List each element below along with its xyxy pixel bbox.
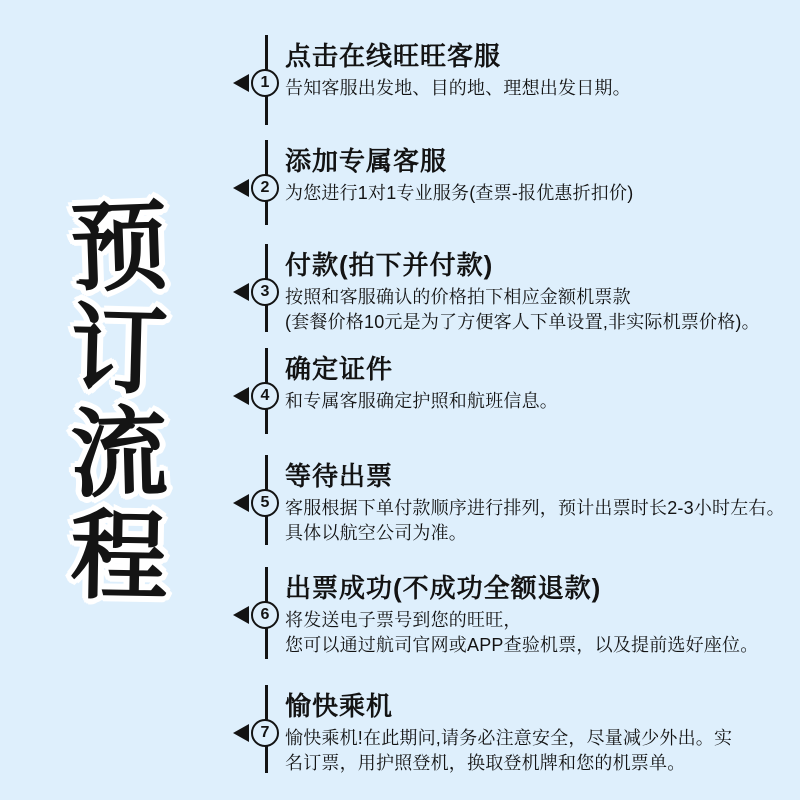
step-description-line: (套餐价格10元是为了方便客人下单设置,非实际机票价格)。 [285,310,800,335]
triangle-left-icon [233,387,249,405]
step-description-line: 客服根据下单付款顺序进行排列，预计出票时长2-3小时左右。 [285,496,800,521]
step-title: 添加专属客服 [285,144,800,178]
triangle-left-icon [233,724,249,742]
vertical-title-char: 预 [53,194,185,301]
step-description-line: 您可以通过航司官网或APP查验机票，以及提前选好座位。 [285,633,800,658]
triangle-left-icon [233,606,249,624]
step-description-line: 告知客服出发地、目的地、理想出发日期。 [285,76,800,101]
step-marker: 1 [233,69,279,97]
step-title: 确定证件 [285,352,800,386]
step-description-line: 具体以航空公司为准。 [285,521,800,546]
step-description-line: 和专属客服确定护照和航班信息。 [285,389,800,414]
vertical-title-char: 流 [54,400,185,506]
triangle-left-icon [233,179,249,197]
step-marker: 5 [233,489,279,517]
triangle-left-icon [233,494,249,512]
process-timeline: 点击在线旺旺客服 1 告知客服出发地、目的地、理想出发日期。 添加专属客服 2 … [232,0,800,800]
step-number-badge: 1 [251,69,279,97]
step-title: 等待出票 [285,459,800,493]
process-step-5: 等待出票 5 客服根据下单付款顺序进行排列，预计出票时长2-3小时左右。 具体以… [232,455,800,545]
step-description-line: 按照和客服确认的价格拍下相应金额机票款 [285,285,800,310]
step-title: 出票成功(不成功全额退款) [285,571,800,605]
process-step-3: 付款(拍下并付款) 3 按照和客服确认的价格拍下相应金额机票款 (套餐价格10元… [232,244,800,332]
step-description-line: 愉快乘机!在此期问,请务必注意安全，尽量减少外出。实 [285,726,800,751]
step-marker: 7 [233,719,279,747]
vertical-title: 预 订 流 程 [55,196,183,608]
step-number-badge: 2 [251,174,279,202]
triangle-left-icon [233,283,249,301]
step-description-line: 为您进行1对1专业服务(查票-报优惠折扣价) [285,181,800,206]
step-marker: 6 [233,601,279,629]
step-number-badge: 5 [251,489,279,517]
step-description-line: 名订票，用护照登机，换取登机牌和您的机票单。 [285,751,800,776]
step-marker: 4 [233,382,279,410]
step-title: 愉快乘机 [285,689,800,723]
process-step-4: 确定证件 4 和专属客服确定护照和航班信息。 [232,348,800,434]
vertical-title-char: 程 [54,504,184,609]
vertical-title-char: 订 [54,297,185,403]
step-marker: 3 [233,278,279,306]
step-number-badge: 4 [251,382,279,410]
step-title: 付款(拍下并付款) [285,248,800,282]
triangle-left-icon [233,74,249,92]
step-number-badge: 6 [251,601,279,629]
step-title: 点击在线旺旺客服 [285,39,800,73]
step-number-badge: 7 [251,719,279,747]
process-step-7: 愉快乘机 7 愉快乘机!在此期问,请务必注意安全，尽量减少外出。实 名订票，用护… [232,685,800,773]
booking-process-infographic: { "page": { "background_color": "#deeffc… [0,0,800,800]
step-description-line: 将发送电子票号到您的旺旺， [285,608,800,633]
step-number-badge: 3 [251,278,279,306]
process-step-6: 出票成功(不成功全额退款) 6 将发送电子票号到您的旺旺， 您可以通过航司官网或… [232,567,800,659]
process-step-2: 添加专属客服 2 为您进行1对1专业服务(查票-报优惠折扣价) [232,140,800,225]
process-step-1: 点击在线旺旺客服 1 告知客服出发地、目的地、理想出发日期。 [232,35,800,125]
step-marker: 2 [233,174,279,202]
